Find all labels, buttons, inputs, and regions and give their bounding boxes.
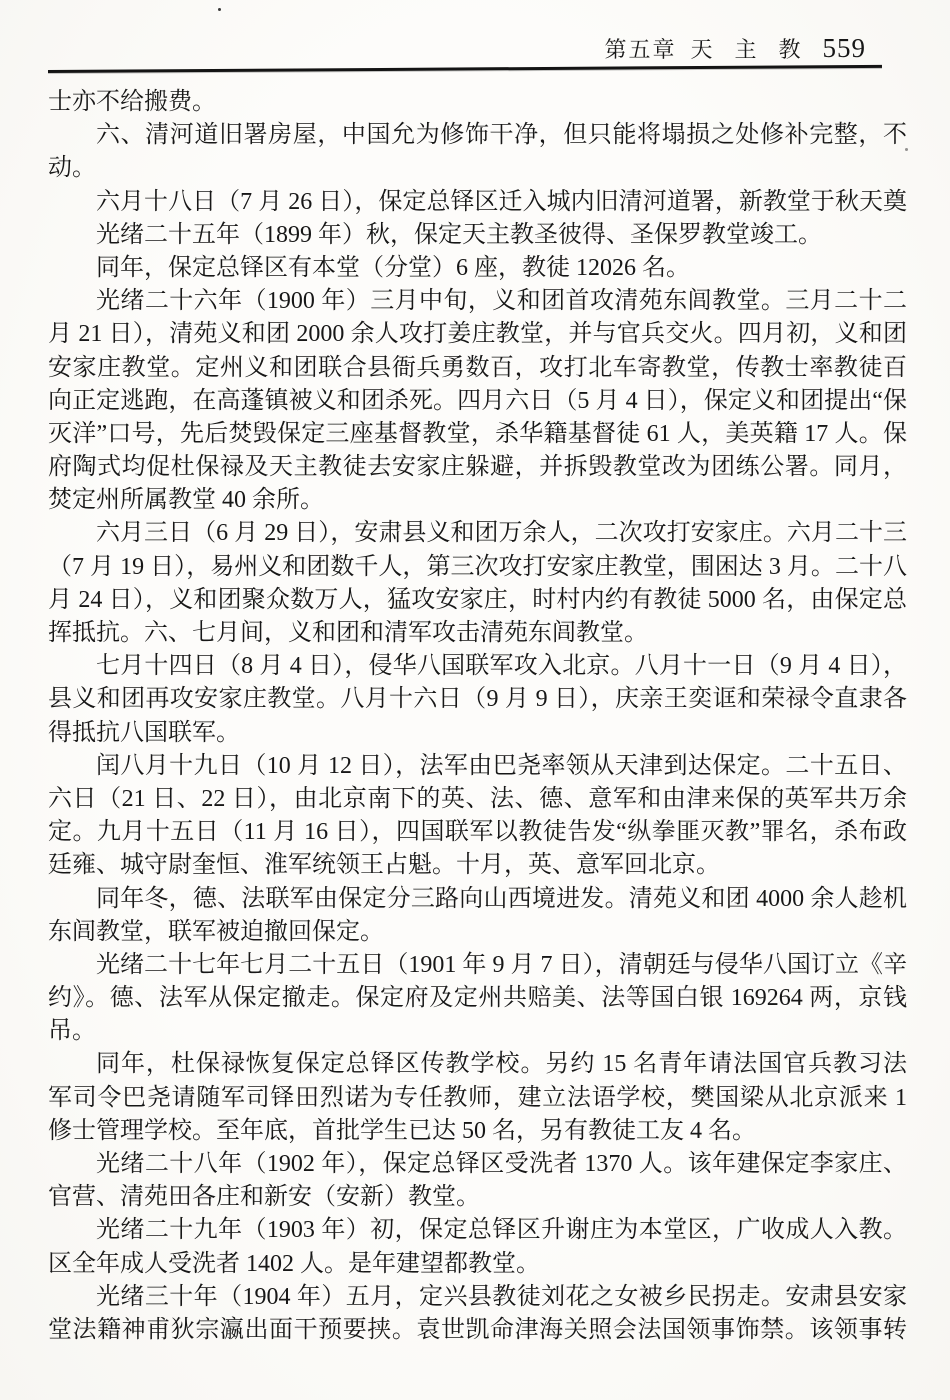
text-line: 得抵抗八国联军。	[48, 717, 907, 750]
page-number: 559	[823, 33, 867, 64]
text-line: 闰八月十九日（10 月 12 日），法军由巴尧率领从天津到达保定。二十五日、二十	[48, 750, 907, 783]
text-line: 六、清河道旧署房屋，中国允为修饰干净，但只能将塌损之处修补完整，不能改	[48, 119, 907, 152]
text-line: 东闾教堂，联军被迫撤回保定。	[48, 916, 907, 949]
chapter-title: 天主教	[690, 33, 822, 64]
scan-speckle	[392, 1256, 395, 1258]
text-line: 挥抵抗。六、七月间，义和团和清军攻击清苑东闾教堂。	[48, 617, 907, 650]
text-line: 光绪二十五年（1899 年）秋，保定天主教圣彼得、圣保罗教堂竣工。	[48, 219, 907, 252]
text-line: 府陶式均促杜保禄及天主教徒去安家庄躲避，并拆毁教堂改为团练公署。同月，义和拳	[48, 451, 907, 484]
text-line: 光绪二十七年七月二十五日（1901 年 9 月 7 日），清朝廷与侵华八国订立《…	[48, 949, 907, 982]
text-line: 定。九月十五日（11 月 16 日），四国联军以教徒告发“纵拳匪灭教”罪名，杀布…	[48, 816, 907, 849]
text-line: 七月十四日（8 月 4 日），侵华八国联军攻入北京。八月十一日（9 月 4 日）…	[48, 650, 907, 683]
text-line: 灭洋”口号，先后焚毁保定三座基督教堂，杀华籍基督徒 61 人，美英籍 17 人。…	[48, 418, 907, 451]
text-line: （7 月 19 日），易州义和团数千人，第三次攻打安家庄教堂，围困达 3 月。二…	[48, 551, 907, 584]
text-line: 吊。	[48, 1015, 907, 1048]
text-line: 光绪二十八年（1902 年），保定总铎区受洗者 1370 人。该年建保定李家庄、…	[48, 1148, 907, 1181]
text-line: 县义和团再攻安家庄教堂。八月十六日（9 月 9 日），庆亲王奕诓和荣禄令直隶各军…	[48, 683, 907, 716]
text-line: 同年，保定总铎区有本堂（分堂）6 座，教徒 12026 名。	[48, 252, 907, 285]
text-line: 光绪二十九年（1903 年）初，保定总铎区升谢庄为本堂区，广收成人入教。总铎	[48, 1214, 907, 1247]
scan-speckle	[218, 8, 221, 11]
text-line: 廷雍、城守尉奎恒、淮军统领王占魁。十月，英、意军回北京。	[48, 849, 907, 882]
running-header: 第五章 天主教 559	[604, 33, 866, 64]
text-line: 同年冬，德、法联军由保定分三路向山西境进发。清苑义和团 4000 余人趁机攻打	[48, 883, 907, 916]
header-rule	[48, 65, 882, 73]
text-line: 六月十八日（7 月 26 日），保定总铎区迁入城内旧清河道署，新教堂于秋天奠基。	[48, 186, 907, 219]
text-line: 约》。德、法军从保定撤走。保定府及定州共赔美、法等国白银 169264 两，京钱…	[48, 982, 907, 1015]
scan-speckle	[905, 148, 908, 151]
text-line: 月 21 日），清苑义和团 2000 余人攻打姜庄教堂，并与官兵交火。四月初，义…	[48, 318, 907, 351]
text-line: 六日（21 日、22 日），由北京南下的英、法、德、意军和由津来保的英军共万余人…	[48, 783, 907, 816]
text-line: 修士管理学校。至年底，首批学生已达 50 名，另有教徒工友 4 名。	[48, 1115, 907, 1148]
text-line: 官营、清苑田各庄和新安（安新）教堂。	[48, 1181, 907, 1214]
text-line: 军司令巴尧请随军司铎田烈诺为专任教师，建立法语学校，樊国梁从北京派来 1 名辅理	[48, 1082, 907, 1115]
text-line: 六月三日（6 月 29 日），安肃县义和团万余人，二次攻打安家庄。六月二十三日	[48, 517, 907, 550]
text-line: 堂法籍神甫狄宗瀛出面干预要挟。袁世凯命津海关照会法国领事饰禁。该领事转林懋德	[48, 1314, 907, 1347]
chapter-label: 第五章	[604, 33, 676, 64]
text-line: 光绪三十年（1904 年）五月，定兴县教徒刘花之女被乡民拐走。安肃县安家庄教	[48, 1281, 907, 1314]
text-line: 士亦不给搬费。	[48, 86, 907, 119]
text-block: 士亦不给搬费。六、清河道旧署房屋，中国允为修饰干净，但只能将塌损之处修补完整，不…	[48, 86, 907, 1347]
text-line: 光绪二十六年（1900 年）三月中旬，义和团首攻清苑东闾教堂。三月二十二日（4	[48, 285, 907, 318]
text-line: 安家庄教堂。定州义和团联合县衙兵勇数百，攻打北车寄教堂，传教士率教徒百人乘夜	[48, 352, 907, 385]
book-page: 第五章 天主教 559 士亦不给搬费。六、清河道旧署房屋，中国允为修饰干净，但只…	[0, 0, 950, 1400]
text-line: 动。	[48, 152, 907, 185]
text-line: 区全年成人受洗者 1402 人。是年建望都教堂。	[48, 1248, 907, 1281]
text-line: 向正定逃跑，在高蓬镇被义和团杀死。四月六日（5 月 4 日），保定义和团提出“保…	[48, 385, 907, 418]
text-line: 同年，杜保禄恢复保定总铎区传教学校。另约 15 名青年请法国官兵教习法文，法	[48, 1048, 907, 1081]
text-line: 月 24 日），义和团聚众数万人，猛攻安家庄，时村内约有教徒 5000 名，由保…	[48, 584, 907, 617]
text-line: 焚定州所属教堂 40 余所。	[48, 484, 907, 517]
